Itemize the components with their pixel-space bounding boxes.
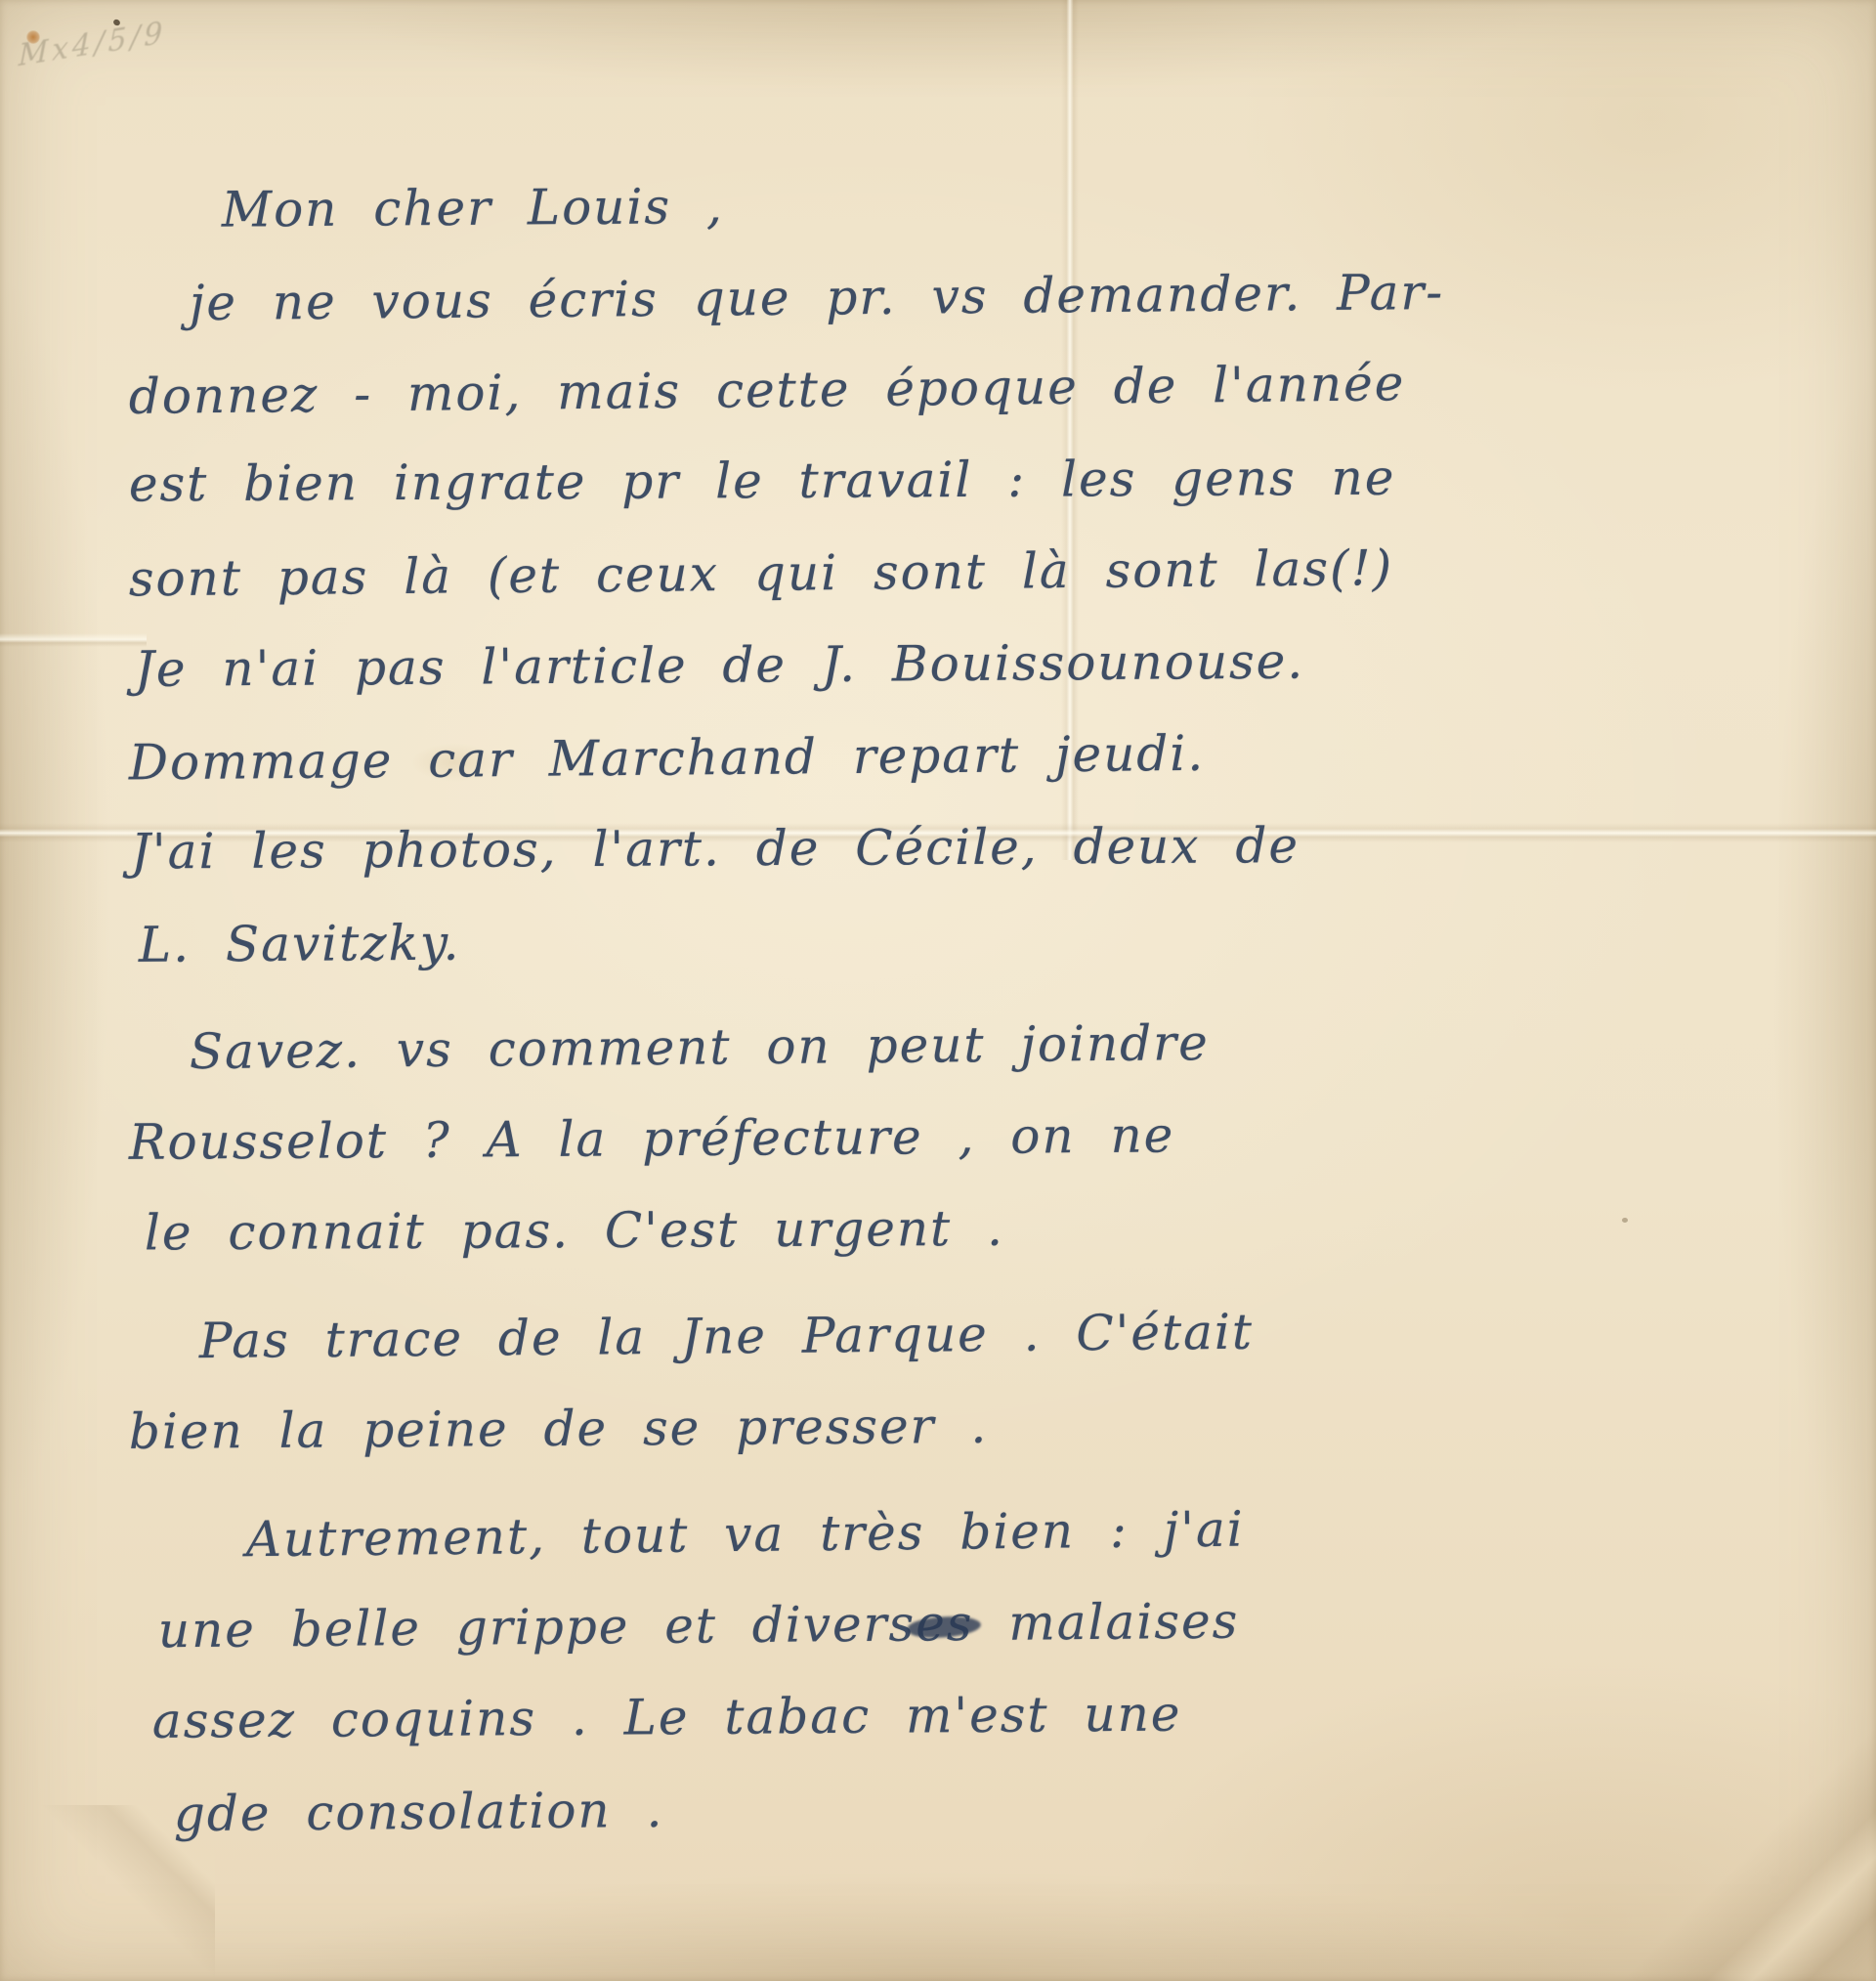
letter-line: J'ai les photos, l'art. de Cécile, deux … <box>131 815 1790 916</box>
letter-line: le connait pas. C'est urgent . <box>145 1196 1790 1297</box>
letter-line: Rousselot ? A la préfecture , on ne <box>129 1102 1791 1206</box>
letter-line: bien la peine de se presser . <box>129 1392 1791 1495</box>
pencil-annotation: Mx4/5/9 <box>19 16 167 73</box>
letter-line: donnez - moi, mais cette époque de l'ann… <box>129 351 1791 460</box>
aged-paper-background: Mx4/5/9 Mon cher Louis , je ne vous écri… <box>0 0 1876 1981</box>
letter-line: Savez. vs comment on peut joindre <box>190 1010 1791 1115</box>
crossed-out-word-ending: es <box>916 1595 974 1653</box>
letter-line: Autrement, tout va très bien : j'ai <box>246 1495 1791 1604</box>
letter-line: Je n'ai pas l'article de J. Bouissounous… <box>135 629 1791 733</box>
letter-line: je ne vous écris que pr. vs demander. Pa… <box>190 261 1791 366</box>
scanned-letter-page: { "letter": { "pencil_annotation": "Mx4/… <box>0 0 1876 1981</box>
letter-line: sont pas là (et ceux qui sont là sont la… <box>129 537 1791 643</box>
letter-line: assez coquins . Le tabac m'est une <box>152 1681 1791 1785</box>
letter-line: Pas trace de la Jne Parque . C'était <box>199 1299 1791 1404</box>
letter-line: Dommage car Marchand repart jeudi. <box>129 720 1791 827</box>
letter-closing-line: gde consolation . <box>174 1772 1791 1877</box>
letter-line: est bien ingrate pr le travail : les gen… <box>129 448 1790 548</box>
letter-line: L. Savitzky. <box>139 905 1791 1009</box>
letter-line-with-correction: une belle grippe et diverses malaises <box>158 1588 1791 1695</box>
handwritten-letter-body: Mon cher Louis , je ne vous écris que pr… <box>129 176 1790 1871</box>
left-edge-crease <box>0 633 147 647</box>
letter-line-segment: malaises <box>973 1593 1239 1652</box>
letter-line-segment: une belle grippe et divers <box>158 1596 917 1659</box>
letter-salutation: Mon cher Louis , <box>222 170 1791 273</box>
